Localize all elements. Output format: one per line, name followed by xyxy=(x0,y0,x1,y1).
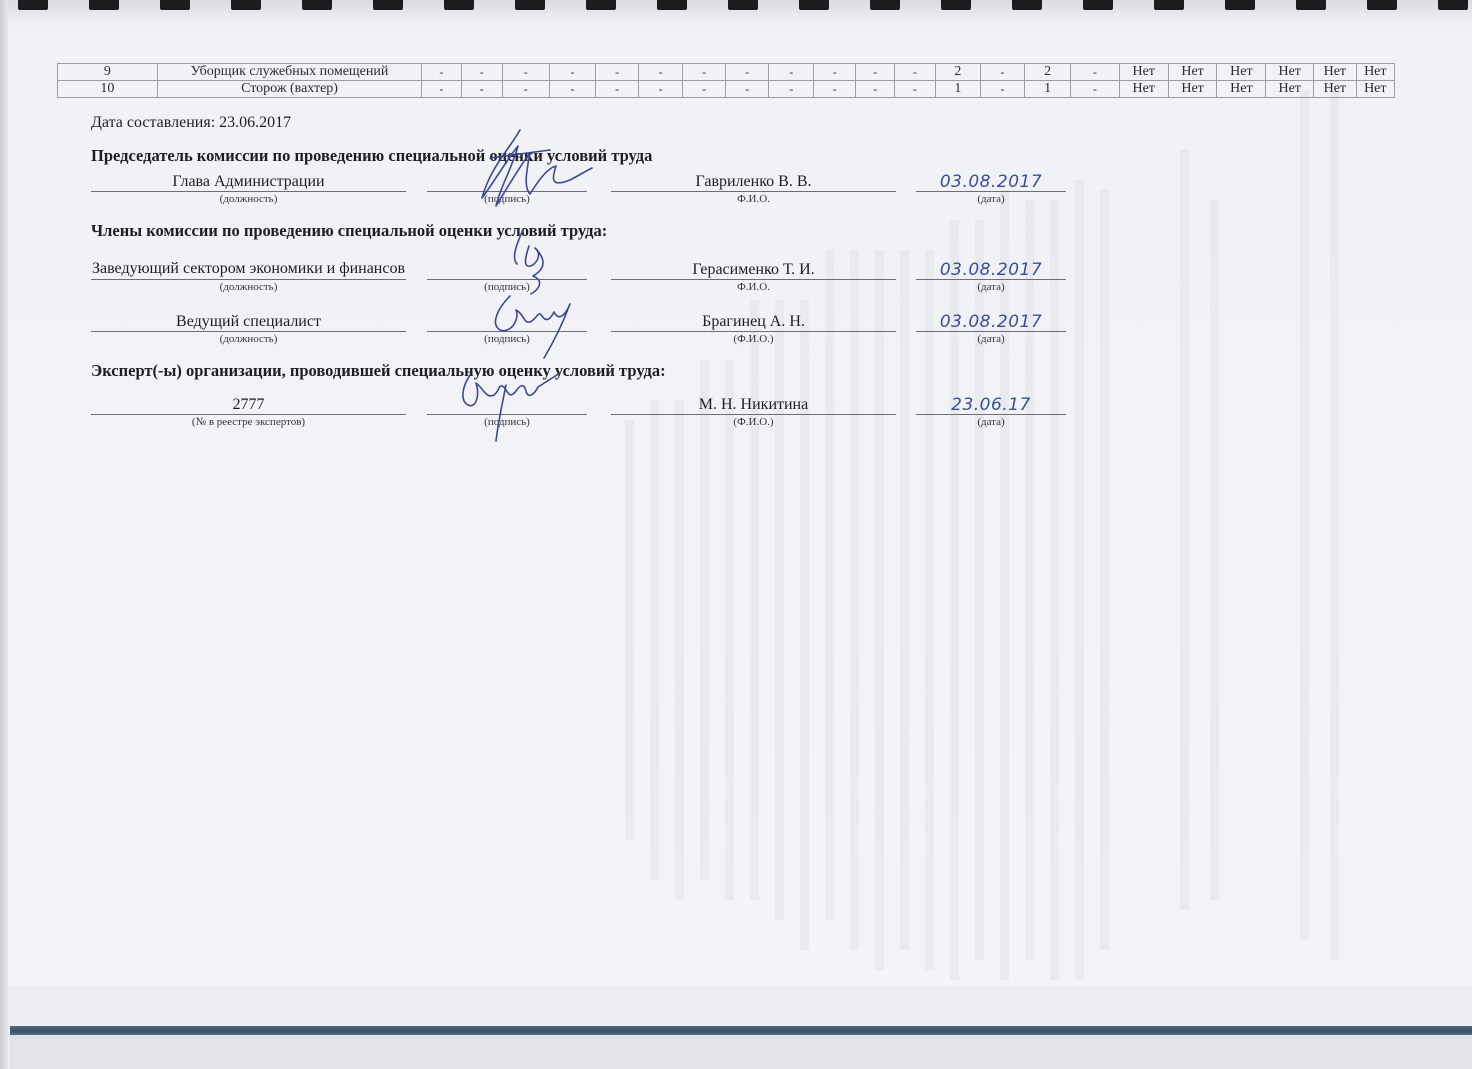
name-caption: Ф.И.О. xyxy=(611,193,896,206)
signature-caption: (подпись) xyxy=(427,193,587,206)
class-value: - xyxy=(596,81,638,98)
name-caption: (Ф.И.О.) xyxy=(611,416,896,429)
signature-field: (подпись) xyxy=(427,166,587,206)
date-value: 03.08.2017 xyxy=(916,261,1066,279)
class-value: - xyxy=(769,81,814,98)
flag-value: Нет xyxy=(1168,64,1217,81)
binding-strip xyxy=(10,1026,1472,1035)
binding-hole xyxy=(657,0,687,10)
class-value: - xyxy=(980,64,1025,81)
underline xyxy=(91,414,406,415)
binding-hole xyxy=(799,0,829,10)
binding-hole xyxy=(231,0,261,10)
underline xyxy=(91,191,406,192)
class-value: - xyxy=(549,81,596,98)
member-signature-row: Ведущий специалист (должность) (подпись)… xyxy=(91,306,1066,346)
position-field: Глава Администрации (должность) xyxy=(91,166,406,206)
class-value: - xyxy=(549,64,596,81)
class-value: 1 xyxy=(936,81,981,98)
class-value: - xyxy=(725,81,769,98)
signature-field: (подпись) xyxy=(427,306,587,346)
row-number: 10 xyxy=(58,81,158,98)
class-value: - xyxy=(814,64,856,81)
binding-hole xyxy=(941,0,971,10)
class-value: - xyxy=(461,64,502,81)
binding-hole xyxy=(728,0,758,10)
binding-holes xyxy=(0,0,1472,12)
results-table: 9Уборщик служебных помещений------------… xyxy=(57,63,1395,98)
page-edge xyxy=(0,0,8,1069)
underline xyxy=(427,191,587,192)
class-value: - xyxy=(769,64,814,81)
registry-number: 2777 xyxy=(91,396,406,414)
expert-signature-row: 2777 (№ в реестре экспертов) (подпись) М… xyxy=(91,389,1066,429)
binding-hole xyxy=(89,0,119,10)
class-value: - xyxy=(856,64,894,81)
date-caption: (дата) xyxy=(916,193,1066,206)
member-signature-row: Заведующий сектором экономики и финансов… xyxy=(91,254,1066,294)
flag-value: Нет xyxy=(1356,81,1394,98)
underline xyxy=(611,191,896,192)
position-value: Ведущий специалист xyxy=(91,313,406,331)
name-caption: (Ф.И.О.) xyxy=(611,333,896,346)
flag-value: Нет xyxy=(1356,64,1394,81)
class-value: - xyxy=(856,81,894,98)
signature-caption: (подпись) xyxy=(427,333,587,346)
binding-hole xyxy=(1438,0,1468,10)
underline xyxy=(611,331,896,332)
binding-hole xyxy=(302,0,332,10)
experts-heading: Эксперт(-ы) организации, проводившей спе… xyxy=(91,361,666,381)
binding-hole xyxy=(1225,0,1255,10)
date-caption: (дата) xyxy=(916,281,1066,294)
underline xyxy=(427,331,587,332)
class-value: - xyxy=(422,64,461,81)
date-field: 03.08.2017 (дата) xyxy=(916,254,1066,294)
date-caption: (дата) xyxy=(916,333,1066,346)
class-value: - xyxy=(683,64,725,81)
flag-value: Нет xyxy=(1314,64,1356,81)
binding-hole xyxy=(1012,0,1042,10)
class-value: 1 xyxy=(1025,81,1071,98)
class-value: 2 xyxy=(936,64,981,81)
signature-field: (подпись) xyxy=(427,254,587,294)
binding-hole xyxy=(1296,0,1326,10)
binding-hole xyxy=(1367,0,1397,10)
class-value: - xyxy=(461,81,502,98)
binding-hole xyxy=(515,0,545,10)
underline xyxy=(91,331,406,332)
position-caption: (должность) xyxy=(91,193,406,206)
name-caption: Ф.И.О. xyxy=(611,281,896,294)
class-value: - xyxy=(980,81,1025,98)
name-value: М. Н. Никитина xyxy=(611,396,896,414)
name-field: Брагинец А. Н. (Ф.И.О.) xyxy=(611,306,896,346)
name-value: Брагинец А. Н. xyxy=(611,313,896,331)
class-value: - xyxy=(725,64,769,81)
name-field: М. Н. Никитина (Ф.И.О.) xyxy=(611,389,896,429)
class-value: - xyxy=(894,64,935,81)
flag-value: Нет xyxy=(1266,81,1314,98)
chairman-signature-row: Глава Администрации (должность) (подпись… xyxy=(91,166,1066,206)
flag-value: Нет xyxy=(1217,64,1266,81)
position-caption: (должность) xyxy=(91,281,406,294)
class-value: - xyxy=(814,81,856,98)
class-value: - xyxy=(894,81,935,98)
scanner-background xyxy=(10,1035,1472,1069)
row-number: 9 xyxy=(58,64,158,81)
position-name: Уборщик служебных помещений xyxy=(157,64,421,81)
signature-caption: (подпись) xyxy=(427,416,587,429)
date-caption: (дата) xyxy=(916,416,1066,429)
binding-hole xyxy=(444,0,474,10)
class-value: - xyxy=(683,81,725,98)
class-value: - xyxy=(638,81,683,98)
flag-value: Нет xyxy=(1217,81,1266,98)
date-field: 03.08.2017 (дата) xyxy=(916,166,1066,206)
flag-value: Нет xyxy=(1266,64,1314,81)
registry-caption: (№ в реестре экспертов) xyxy=(91,416,406,429)
flag-value: Нет xyxy=(1168,81,1217,98)
underline xyxy=(427,414,587,415)
binding-hole xyxy=(586,0,616,10)
binding-hole xyxy=(373,0,403,10)
underline xyxy=(611,414,896,415)
binding-hole xyxy=(160,0,190,10)
table-row: 9Уборщик служебных помещений------------… xyxy=(58,64,1395,81)
date-compiled: Дата составления: 23.06.2017 xyxy=(91,114,291,132)
underline xyxy=(427,279,587,280)
class-value: - xyxy=(1070,64,1119,81)
date-value: 03.08.2017 xyxy=(916,313,1066,331)
underline xyxy=(611,279,896,280)
registry-field: 2777 (№ в реестре экспертов) xyxy=(91,389,406,429)
name-value: Гавриленко В. В. xyxy=(611,173,896,191)
position-value: Заведующий сектором экономики и финансов xyxy=(91,258,406,279)
name-field: Герасименко Т. И. Ф.И.О. xyxy=(611,254,896,294)
class-value: 2 xyxy=(1025,64,1071,81)
binding-hole xyxy=(1154,0,1184,10)
underline xyxy=(91,279,406,280)
position-caption: (должность) xyxy=(91,333,406,346)
position-value: Глава Администрации xyxy=(91,173,406,191)
class-value: - xyxy=(1070,81,1119,98)
binding-hole xyxy=(18,0,48,10)
class-value: - xyxy=(502,81,549,98)
class-value: - xyxy=(596,64,638,81)
name-field: Гавриленко В. В. Ф.И.О. xyxy=(611,166,896,206)
date-value: 23.06.17 xyxy=(916,396,1066,414)
flag-value: Нет xyxy=(1119,64,1168,81)
signature-field: (подпись) xyxy=(427,389,587,429)
binding-hole xyxy=(1083,0,1113,10)
chairman-heading: Председатель комиссии по проведению спец… xyxy=(91,146,652,166)
class-value: - xyxy=(638,64,683,81)
table-row: 10Сторож (вахтер)------------1-1-НетНетН… xyxy=(58,81,1395,98)
class-value: - xyxy=(502,64,549,81)
class-value: - xyxy=(422,81,461,98)
flag-value: Нет xyxy=(1119,81,1168,98)
date-field: 03.08.2017 (дата) xyxy=(916,306,1066,346)
position-field: Заведующий сектором экономики и финансов… xyxy=(91,234,406,294)
name-value: Герасименко Т. И. xyxy=(611,261,896,279)
date-field: 23.06.17 (дата) xyxy=(916,389,1066,429)
flag-value: Нет xyxy=(1314,81,1356,98)
position-field: Ведущий специалист (должность) xyxy=(91,306,406,346)
signature-caption: (подпись) xyxy=(427,281,587,294)
date-value: 03.08.2017 xyxy=(916,173,1066,191)
binding-hole xyxy=(870,0,900,10)
position-name: Сторож (вахтер) xyxy=(157,81,421,98)
